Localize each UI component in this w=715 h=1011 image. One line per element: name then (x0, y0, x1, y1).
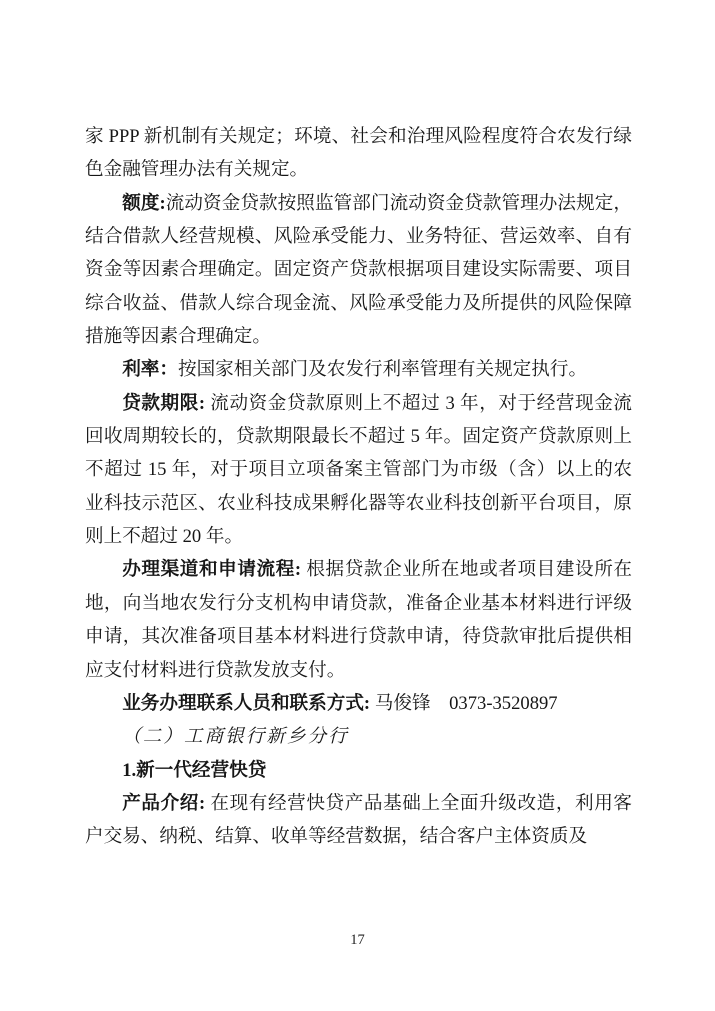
product-heading-label: 1.新一代经营快贷 (122, 760, 266, 781)
para-contact: 业务办理联系人员和联系方式: 马俊锋 0373-3520897 (85, 687, 632, 720)
para-application-process: 办理渠道和申请流程: 根据贷款企业所在地或者项目建设所在地，向当地农发行分支机构… (85, 553, 632, 686)
para-product-intro: 产品介绍: 在现有经营快贷产品基础上全面升级改造，利用客户交易、纳税、结算、收单… (85, 787, 632, 854)
loan-term-label: 贷款期限: (122, 393, 205, 414)
product-intro-label: 产品介绍: (122, 793, 205, 814)
contact-label: 业务办理联系人员和联系方式: (122, 693, 370, 714)
interest-rate-text: 按国家相关部门及农发行利率管理有关规定执行。 (178, 359, 587, 380)
contact-text: 马俊锋 0373-3520897 (370, 693, 557, 714)
loan-term-text: 流动资金贷款原则上不超过 3 年，对于经营现金流回收周期较长的，贷款期限最长不超… (85, 393, 632, 547)
page-number: 17 (0, 930, 715, 950)
heading-bank-section: （二）工商银行新乡分行 (85, 720, 632, 753)
interest-rate-label: 利率： (122, 359, 178, 380)
para-loan-term: 贷款期限: 流动资金贷款原则上不超过 3 年，对于经营现金流回收周期较长的，贷款… (85, 387, 632, 554)
application-process-label: 办理渠道和申请流程: (122, 559, 301, 580)
paragraph-text: 家 PPP 新机制有关规定；环境、社会和治理风险程度符合农发行绿色金融管理办法有… (85, 126, 632, 180)
quota-text: 流动资金贷款按照监管部门流动资金贷款管理办法规定，结合借款人经营规模、风险承受能… (85, 193, 632, 347)
document-page: 家 PPP 新机制有关规定；环境、社会和治理风险程度符合农发行绿色金融管理办法有… (0, 0, 715, 1011)
para-interest-rate: 利率：按国家相关部门及农发行利率管理有关规定执行。 (85, 353, 632, 386)
para-quota: 额度:流动资金贷款按照监管部门流动资金贷款管理办法规定，结合借款人经营规模、风险… (85, 187, 632, 354)
heading-product: 1.新一代经营快贷 (85, 754, 632, 787)
document-body: 家 PPP 新机制有关规定；环境、社会和治理风险程度符合农发行绿色金融管理办法有… (85, 120, 632, 854)
quota-label: 额度: (122, 193, 166, 214)
bank-section-text: （二）工商银行新乡分行 (122, 726, 349, 747)
para-continuation: 家 PPP 新机制有关规定；环境、社会和治理风险程度符合农发行绿色金融管理办法有… (85, 120, 632, 187)
